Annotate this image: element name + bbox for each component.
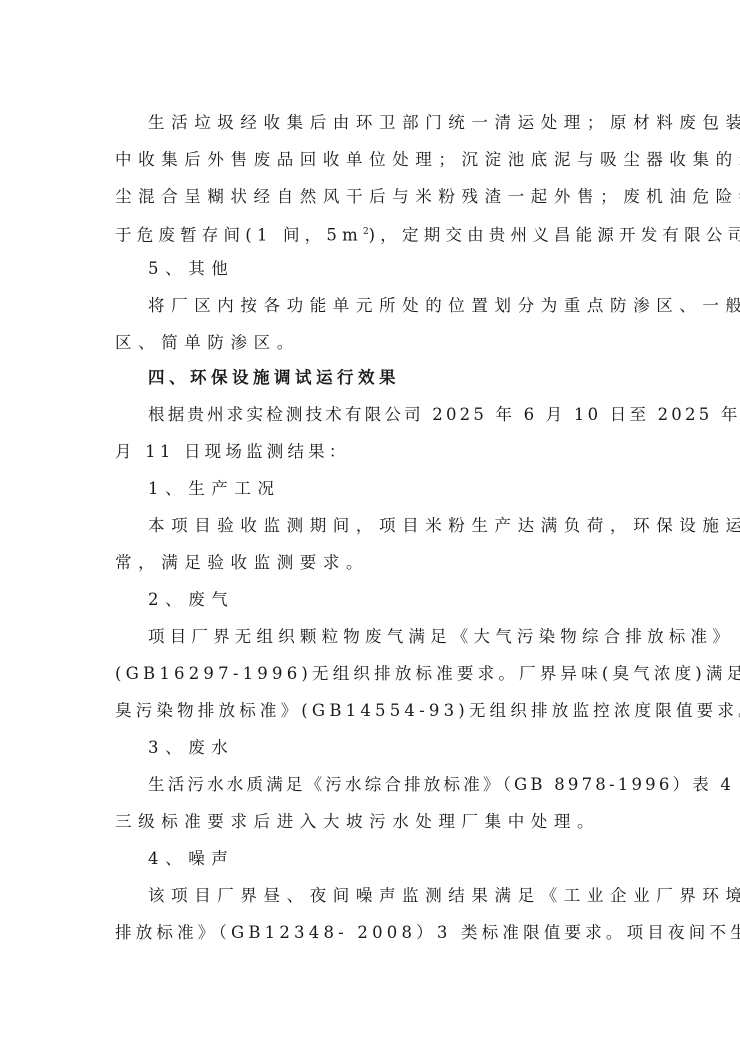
paragraph-line: 根据贵州求实检测技术有限公司 2025 年 6 月 10 日至 2025 年 6 <box>148 405 740 425</box>
paragraph-line: 该项目厂界昼、夜间噪声监测结果满足《工业企业厂界环境噪声 <box>148 886 740 906</box>
paragraph-line: 月 11 日现场监测结果： <box>115 442 350 462</box>
paragraph-line: 将厂区内按各功能单元所处的位置划分为重点防渗区、一般防渗 <box>148 296 740 316</box>
section-heading: 2、废气 <box>148 590 234 610</box>
paragraph-line: 三级标准要求后进入大坡污水处理厂集中处理。 <box>115 812 600 832</box>
section-heading: 1、生产工况 <box>148 479 281 499</box>
paragraph-line: 本项目验收监测期间，项目米粉生产达满负荷，环保设施运行正 <box>148 516 740 536</box>
paragraph-line: 中收集后外售废品回收单位处理；沉淀池底泥与吸尘器收集的米面粉 <box>115 150 740 170</box>
section-heading: 4、噪声 <box>148 849 234 869</box>
paragraph-line: 于危废暂存间(1 间，5m2)，定期交由贵州义昌能源开发有限公司处置。 <box>115 222 740 242</box>
paragraph-line: 项目厂界无组织颗粒物废气满足《大气污染物综合排放标准》 <box>148 627 734 647</box>
paragraph-line: 臭污染物排放标准》(GB14554-93)无组织排放监控浓度限值要求。 <box>115 701 740 721</box>
paragraph-line: 排放标准》（GB12348- 2008）3 类标准限值要求。项目夜间不生产。 <box>115 923 740 943</box>
paragraph-line: 生活垃圾经收集后由环卫部门统一清运处理；原材料废包装袋集 <box>148 113 740 133</box>
paragraph-line: 生活污水水质满足《污水综合排放标准》（GB 8978-1996）表 4 <box>148 775 734 795</box>
section-heading: 3、废水 <box>148 738 234 758</box>
paragraph-line: 尘混合呈糊状经自然风干后与米粉残渣一起外售；废机油危险物暂存 <box>115 187 740 207</box>
paragraph-line: (GB16297-1996)无组织排放标准要求。厂界异味(臭气浓度)满足《恶 <box>115 664 740 684</box>
paragraph-line: 常，满足验收监测要求。 <box>115 553 369 573</box>
paragraph-line: 区、简单防渗区。 <box>115 333 300 353</box>
chapter-heading: 四、环保设施调试运行效果 <box>148 368 400 388</box>
section-heading: 5、其他 <box>148 259 234 279</box>
